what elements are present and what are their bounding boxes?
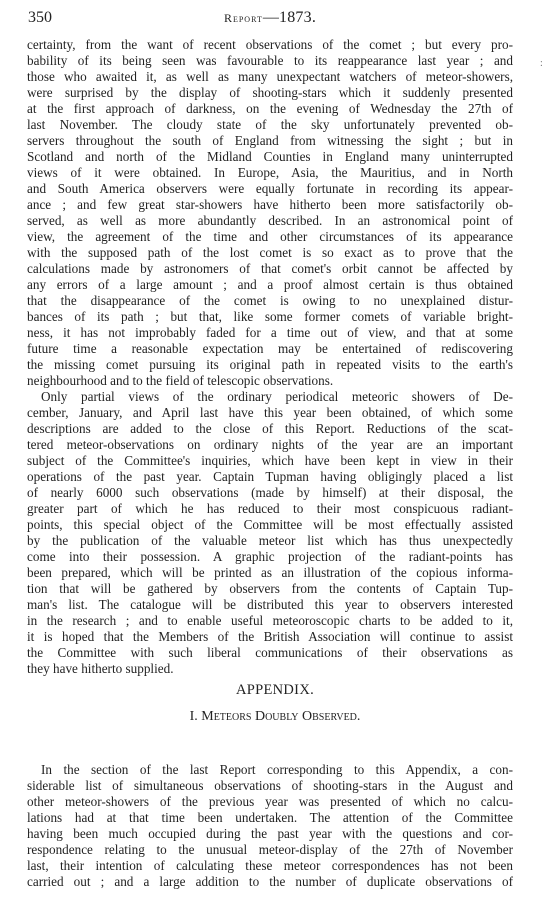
text-line: last November. The cloudy state of the s… [27, 117, 513, 133]
text-line: ance ; and few great star-showers have h… [27, 197, 513, 213]
text-line: bability of its being seen was favourabl… [27, 53, 513, 69]
text-line: siderable list of simultaneous observati… [27, 778, 513, 794]
text-line: at the first approach of darkness, on th… [27, 101, 513, 117]
text-line: operations of the past year. Captain Tup… [27, 469, 513, 485]
text-line: with the supposed path of the lost comet… [27, 245, 513, 261]
text-line: ness, it has not improbably faded for a … [27, 325, 513, 341]
text-line: by the publication of the valuable meteo… [27, 533, 513, 549]
section-title: Meteors Doubly Observed. [201, 709, 360, 724]
text-line: servers throughout the south of England … [27, 133, 513, 149]
text-line: future time a reasonable expectation may… [27, 341, 513, 357]
text-line: Only partial views of the ordinary perio… [41, 389, 513, 405]
text-line: any errors of a large amount ; and a pro… [27, 277, 513, 293]
text-line: those who awaited it, as well as many un… [27, 69, 513, 85]
margin-mark: : [540, 58, 543, 69]
text-line: man's list. The catalogue will be distri… [27, 597, 513, 613]
running-head: Report—1873. [28, 6, 512, 30]
text-line: in the research ; and to enable useful m… [27, 613, 513, 629]
text-line: lations had at that time been undertaken… [27, 810, 513, 826]
text-line: having been much occupied during the pas… [27, 826, 513, 842]
text-line: tered meteor-observations on ordinary ni… [27, 437, 513, 453]
text-line: were surprised by the display of shootin… [27, 85, 513, 101]
text-line: been prepared, which will be printed as … [27, 565, 513, 581]
text-line: bances of its path ; but that, like some… [27, 309, 513, 325]
text-line: and South America observers were equally… [27, 181, 513, 197]
text-line: views of it were obtained. In Europe, As… [27, 165, 513, 181]
text-line: Scotland and north of the Midland Counti… [27, 149, 513, 165]
text-line: come into their possession. A graphic pr… [27, 549, 513, 565]
text-line: it is hoped that the Members of the Brit… [27, 629, 513, 645]
text-line: view, the agreement of the time and othe… [27, 229, 513, 245]
text-line: they have hitherto supplied. [27, 661, 513, 677]
text-line: last, their intention of calculating the… [27, 858, 513, 874]
text-line: In the section of the last Report corres… [41, 762, 513, 778]
text-line: that the disappearance of the comet is o… [27, 293, 513, 309]
text-line: the missing comet pursuing its original … [27, 357, 513, 373]
text-line: the Committee with such liberal communic… [27, 645, 513, 661]
text-line: points, this special object of the Commi… [27, 517, 513, 533]
text-line: served, as well as more abundantly descr… [27, 213, 513, 229]
text-line: certainty, from the want of recent obser… [27, 37, 513, 53]
text-line: greater part of which he has reduced to … [27, 501, 513, 517]
document-page: 350 Report—1873. : certainty, from the w… [0, 0, 550, 900]
text-line: descriptions are added to the close of t… [27, 421, 513, 437]
text-line: neighbourhood and to the field of telesc… [27, 373, 513, 389]
section-number: I. [190, 709, 202, 724]
appendix-heading: APPENDIX. [0, 681, 550, 699]
text-line: other meteor-showers of the previous yea… [27, 794, 513, 810]
text-line: tion that will be gathered by observers … [27, 581, 513, 597]
running-head-report: Report [224, 11, 263, 25]
page-header: 350 Report—1873. [28, 6, 512, 30]
text-line: carried out ; and a large addition to th… [27, 874, 513, 890]
text-line: cember, January, and April last have thi… [27, 405, 513, 421]
text-line: subject of the Committee's inquiries, wh… [27, 453, 513, 469]
text-line: of nearly 6000 such observations (made b… [27, 485, 513, 501]
text-line: respondence relating to the unusual mete… [27, 842, 513, 858]
running-head-year: —1873. [263, 9, 316, 26]
section-heading: I. Meteors Doubly Observed. [0, 708, 550, 726]
text-line: calculations made by astronomers of that… [27, 261, 513, 277]
